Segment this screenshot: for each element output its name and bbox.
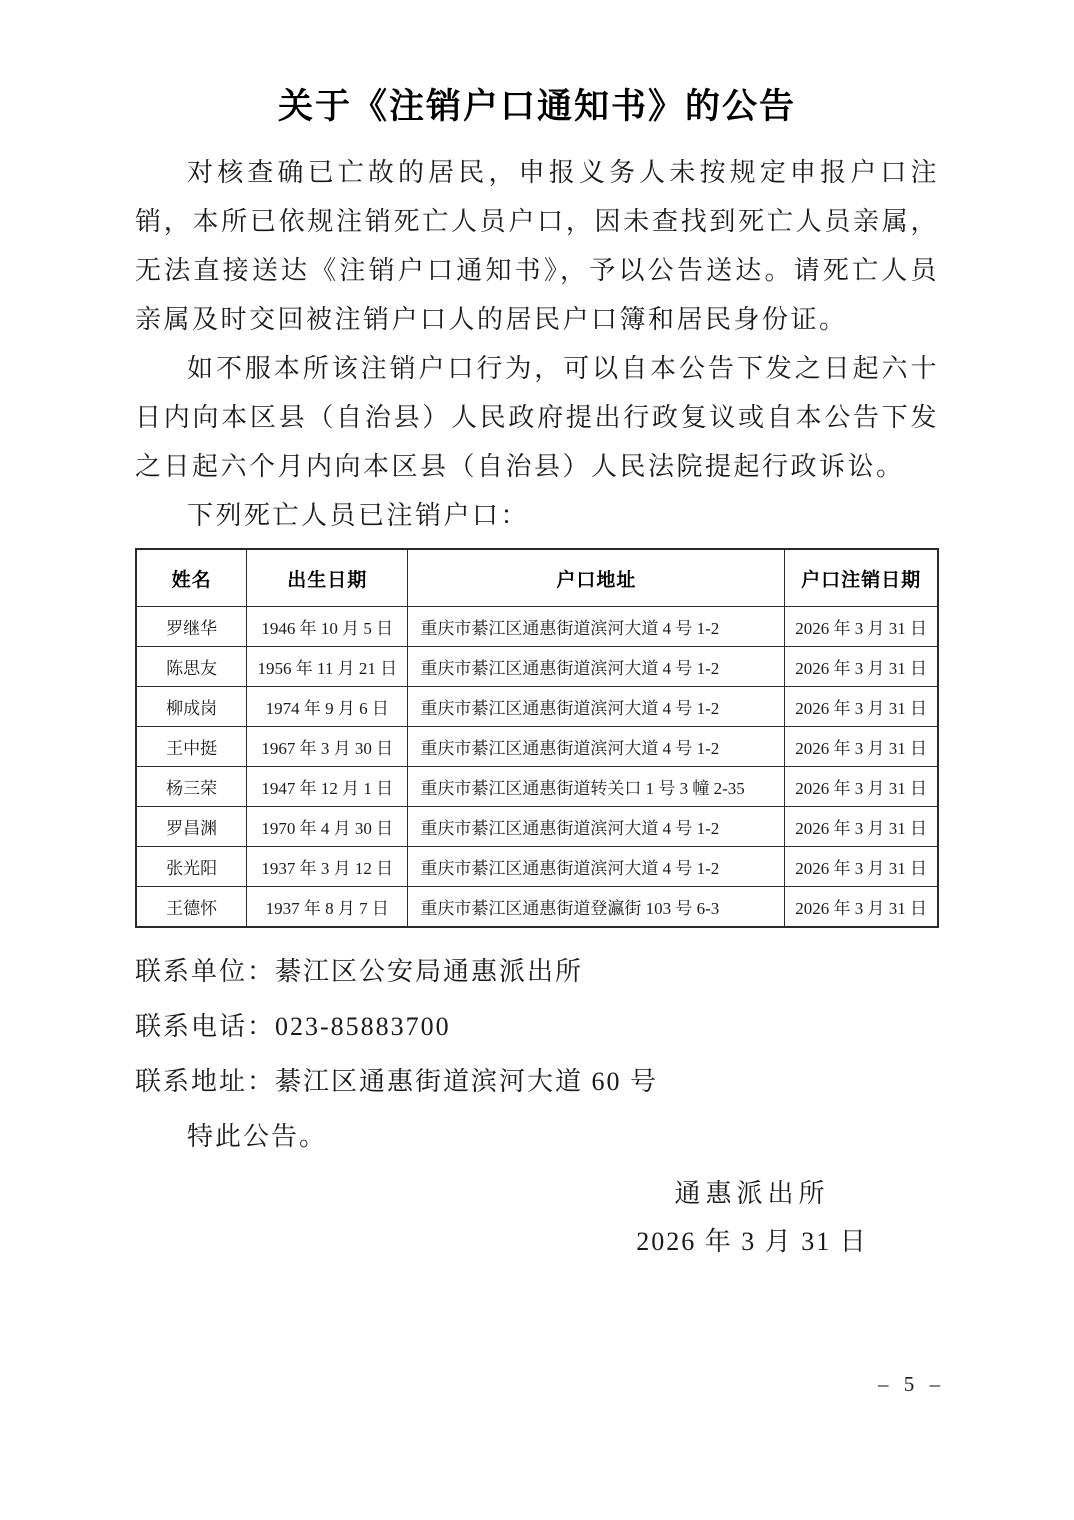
- table-cell: 重庆市綦江区通惠街道登瀛街 103 号 6-3: [408, 887, 785, 928]
- table-cell: 1956 年 11 月 21 日: [247, 647, 408, 687]
- announcement-page: 关于《注销户口通知书》的公告 对核查确已亡故的居民，申报义务人未按规定申报户口注…: [0, 0, 1074, 1520]
- table-cell: 重庆市綦江区通惠街道滨河大道 4 号 1-2: [408, 687, 785, 727]
- contact-unit-value: 綦江区公安局通惠派出所: [275, 957, 583, 986]
- contact-phone-label: 联系电话：: [135, 1012, 275, 1041]
- contact-address-line: 联系地址：綦江区通惠街道滨河大道 60 号: [135, 1054, 939, 1109]
- table-cell: 罗继华: [136, 607, 247, 647]
- table-cell: 罗昌渊: [136, 807, 247, 847]
- page-title: 关于《注销户口通知书》的公告: [135, 84, 939, 130]
- table-row: 柳成岗1974 年 9 月 6 日重庆市綦江区通惠街道滨河大道 4 号 1-22…: [136, 687, 938, 727]
- column-header-name: 姓名: [136, 549, 247, 607]
- table-cell: 王德怀: [136, 887, 247, 928]
- table-row: 王德怀1937 年 8 月 7 日重庆市綦江区通惠街道登瀛街 103 号 6-3…: [136, 887, 938, 928]
- table-cell: 2026 年 3 月 31 日: [785, 847, 938, 887]
- table-body: 罗继华1946 年 10 月 5 日重庆市綦江区通惠街道滨河大道 4 号 1-2…: [136, 607, 938, 928]
- table-cell: 重庆市綦江区通惠街道滨河大道 4 号 1-2: [408, 807, 785, 847]
- table-cell: 重庆市綦江区通惠街道滨河大道 4 号 1-2: [408, 727, 785, 767]
- table-row: 王中挺1967 年 3 月 30 日重庆市綦江区通惠街道滨河大道 4 号 1-2…: [136, 727, 938, 767]
- table-cell: 陈思友: [136, 647, 247, 687]
- signature-block: 通惠派出所 2026 年 3 月 31 日: [597, 1170, 907, 1266]
- table-cell: 2026 年 3 月 31 日: [785, 727, 938, 767]
- page-content: 关于《注销户口通知书》的公告 对核查确已亡故的居民，申报义务人未按规定申报户口注…: [135, 84, 939, 1266]
- table-cell: 2026 年 3 月 31 日: [785, 687, 938, 727]
- table-cell: 1947 年 12 月 1 日: [247, 767, 408, 807]
- table-cell: 1974 年 9 月 6 日: [247, 687, 408, 727]
- table-cell: 2026 年 3 月 31 日: [785, 767, 938, 807]
- table-cell: 张光阳: [136, 847, 247, 887]
- table-cell: 重庆市綦江区通惠街道滨河大道 4 号 1-2: [408, 607, 785, 647]
- table-cell: 柳成岗: [136, 687, 247, 727]
- contact-unit-line: 联系单位：綦江区公安局通惠派出所: [135, 944, 939, 999]
- column-header-address: 户口地址: [408, 549, 785, 607]
- table-cell: 1937 年 3 月 12 日: [247, 847, 408, 887]
- issuing-authority: 通惠派出所: [597, 1170, 907, 1218]
- paragraph-appeal-rights: 如不服本所该注销户口行为，可以自本公告下发之日起六十日内向本区县（自治县）人民政…: [135, 344, 939, 491]
- contact-phone-value: 023-85883700: [275, 1012, 451, 1041]
- table-row: 罗继华1946 年 10 月 5 日重庆市綦江区通惠街道滨河大道 4 号 1-2…: [136, 607, 938, 647]
- table-cell: 1967 年 3 月 30 日: [247, 727, 408, 767]
- table-header-row: 姓名 出生日期 户口地址 户口注销日期: [136, 549, 938, 607]
- page-number: – 5 –: [878, 1372, 945, 1397]
- table-cell: 2026 年 3 月 31 日: [785, 647, 938, 687]
- column-header-cancel-date: 户口注销日期: [785, 549, 938, 607]
- table-cell: 杨三荣: [136, 767, 247, 807]
- table-cell: 重庆市綦江区通惠街道滨河大道 4 号 1-2: [408, 647, 785, 687]
- table-row: 陈思友1956 年 11 月 21 日重庆市綦江区通惠街道滨河大道 4 号 1-…: [136, 647, 938, 687]
- deceased-persons-table: 姓名 出生日期 户口地址 户口注销日期 罗继华1946 年 10 月 5 日重庆…: [135, 548, 939, 928]
- table-cell: 重庆市綦江区通惠街道转关口 1 号 3 幢 2-35: [408, 767, 785, 807]
- table-head: 姓名 出生日期 户口地址 户口注销日期: [136, 549, 938, 607]
- table-intro-line: 下列死亡人员已注销户口：: [135, 491, 939, 540]
- closing-statement: 特此公告。: [135, 1109, 939, 1164]
- table-cell: 王中挺: [136, 727, 247, 767]
- paragraph-intro: 对核查确已亡故的居民，申报义务人未按规定申报户口注销，本所已依规注销死亡人员户口…: [135, 148, 939, 344]
- contact-phone-line: 联系电话：023-85883700: [135, 999, 939, 1054]
- table-cell: 1970 年 4 月 30 日: [247, 807, 408, 847]
- table-row: 杨三荣1947 年 12 月 1 日重庆市綦江区通惠街道转关口 1 号 3 幢 …: [136, 767, 938, 807]
- table-cell: 2026 年 3 月 31 日: [785, 807, 938, 847]
- contact-info: 联系单位：綦江区公安局通惠派出所 联系电话：023-85883700 联系地址：…: [135, 944, 939, 1109]
- table-cell: 1937 年 8 月 7 日: [247, 887, 408, 928]
- table-cell: 重庆市綦江区通惠街道滨河大道 4 号 1-2: [408, 847, 785, 887]
- table-cell: 2026 年 3 月 31 日: [785, 607, 938, 647]
- table-cell: 1946 年 10 月 5 日: [247, 607, 408, 647]
- contact-unit-label: 联系单位：: [135, 957, 275, 986]
- column-header-birthdate: 出生日期: [247, 549, 408, 607]
- contact-address-value: 綦江区通惠街道滨河大道 60 号: [275, 1067, 658, 1096]
- table-row: 张光阳1937 年 3 月 12 日重庆市綦江区通惠街道滨河大道 4 号 1-2…: [136, 847, 938, 887]
- table-cell: 2026 年 3 月 31 日: [785, 887, 938, 928]
- issue-date: 2026 年 3 月 31 日: [597, 1218, 907, 1266]
- table-row: 罗昌渊1970 年 4 月 30 日重庆市綦江区通惠街道滨河大道 4 号 1-2…: [136, 807, 938, 847]
- contact-address-label: 联系地址：: [135, 1067, 275, 1096]
